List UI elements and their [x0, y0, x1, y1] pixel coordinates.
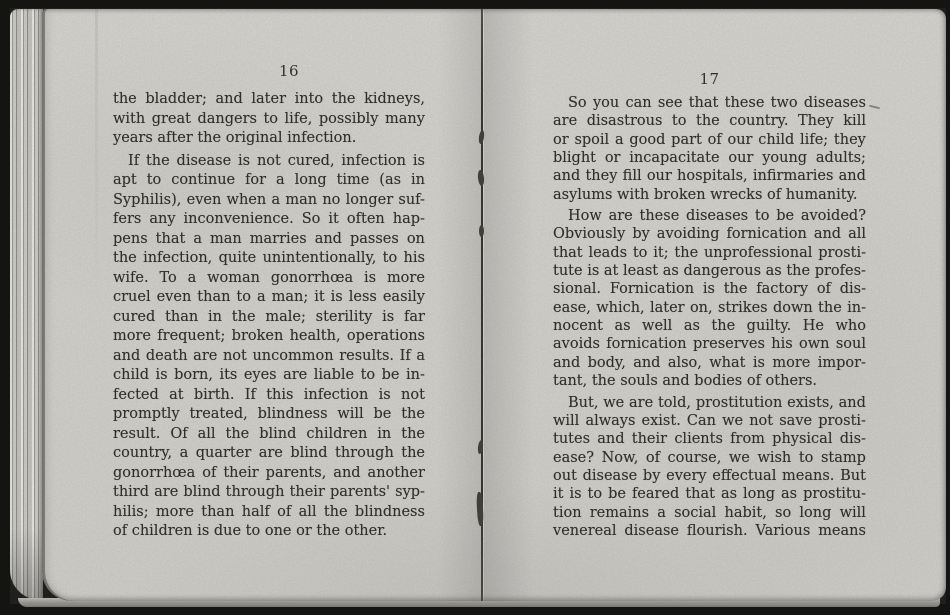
text-line: tionremainsasocialhabit,solongwill [553, 504, 866, 522]
paragraph: Howarethesediseasestobeavoided?Obviously… [553, 207, 866, 390]
text-line: andbody,andalso,whatismoreimpor- [553, 354, 866, 372]
text-line: result.Ofalltheblindchildreninthe [113, 425, 425, 445]
text-line: Ifthediseaseisnotcured,infectionis [113, 152, 425, 172]
text-line: childisborn,itseyesareliabletobein- [113, 366, 425, 386]
text-line: gonorrhœaoftheirparents,andanother [113, 464, 425, 484]
paragraph: But,wearetold,prostitutionexists,andwill… [553, 394, 866, 541]
page-number-17: 17 [553, 70, 866, 88]
text-line: blightorincapacitateouryoungadults; [553, 149, 866, 167]
text-line: promptlytreated,blindnesswillbethe [113, 405, 425, 425]
fold-nick [479, 225, 484, 237]
text-line: fersanyinconvenience.Soitoftenhap- [113, 210, 425, 230]
text-line: ease?Now,ofcourse,wewishtostamp [553, 449, 866, 467]
text-line: avoidsfornicationpreserveshisownsoul [553, 335, 866, 353]
page-number-16: 16 [133, 62, 445, 80]
text-line: Howarethesediseasestobeavoided? [553, 207, 866, 225]
page-17-text: Soyoucanseethatthesetwodiseasesaredisast… [553, 94, 866, 540]
text-line: morefrequent;brokenhealth,operations [113, 327, 425, 347]
text-line: years after the original infection. [113, 129, 425, 149]
text-line: nocentaswellastheguilty.Hewho [553, 317, 866, 335]
text-line: anddeatharenotuncommonresults.Ifa [113, 347, 425, 367]
fold-shadow-right [484, 9, 534, 601]
text-line: Syphilis),evenwhenamannolongersuf- [113, 191, 425, 211]
text-line: wife.Toawomangonorrhœaismore [113, 269, 425, 289]
text-line: thatleadstoit;theunprofessionalprosti- [553, 244, 866, 262]
text-line: pensthatamanmarriesandpasseson [113, 230, 425, 250]
text-line: withgreatdangerstolife,possiblymany [113, 110, 425, 130]
page-16-text: thebladder;andlaterintothekidneys,withgr… [113, 90, 425, 542]
text-line: tutesandtheirclientsfromphysicaldis- [553, 430, 866, 448]
paragraph: Soyoucanseethatthesetwodiseasesaredisast… [553, 94, 866, 204]
text-line: country,aquarterareblindthroughthe [113, 444, 425, 464]
paper-crease [95, 9, 98, 309]
text-line: tant, the souls and bodies of others. [553, 372, 866, 390]
text-line: itistobefearedthataslongasprostitu- [553, 485, 866, 503]
text-line: tuteisatleastasdangerousastheprofes- [553, 262, 866, 280]
text-line: aredisastroustothecountry.Theykill [553, 112, 866, 130]
scanned-book-spread: 16 thebladder;andlaterintothekidneys,wit… [0, 0, 950, 615]
text-line: apttocontinueforalongtime(asin [113, 171, 425, 191]
text-line: outdiseasebyeveryeffectualmeans.But [553, 467, 866, 485]
text-line: ease,which,lateron,strikesdownthein- [553, 299, 866, 317]
text-line: Soyoucanseethatthesetwodiseases [553, 94, 866, 112]
text-line: Obviouslybyavoidingfornicationandall [553, 225, 866, 243]
text-line: hilis;morethanhalfofalltheblindness [113, 503, 425, 523]
text-line: theinfection,quiteunintentionally,tohis [113, 249, 425, 269]
text-line: fectedatbirth.Ifthisinfectionisnot [113, 386, 425, 406]
text-line: venerealdiseaseflourish.Variousmeans [553, 522, 866, 540]
text-line: asylums with broken wrecks of humanity. [553, 186, 866, 204]
book-page-edge-stack [10, 9, 43, 600]
text-line: orspoilagoodpartofourchildlife;they [553, 131, 866, 149]
text-line: thebladder;andlaterintothekidneys, [113, 90, 425, 110]
text-line: sional.Fornicationisthefactoryofdis- [553, 280, 866, 298]
text-line: of children is due to one or the other. [113, 522, 425, 542]
text-line: thirdareblindthroughtheirparents'syp- [113, 483, 425, 503]
text-line: andtheyfillourhospitals,infirmariesand [553, 167, 866, 185]
text-line: But,wearetold,prostitutionexists,and [553, 394, 866, 412]
text-line: curedthaninthemale;sterilityisfar [113, 308, 425, 328]
fold-shadow-left [437, 9, 482, 601]
text-line: crueleventhantoaman;itislesseasily [113, 288, 425, 308]
paragraph: thebladder;andlaterintothekidneys,withgr… [113, 90, 425, 149]
paragraph: Ifthediseaseisnotcured,infectionisapttoc… [113, 152, 425, 542]
text-line: willalwaysexist.Canwenotsaveprosti- [553, 412, 866, 430]
